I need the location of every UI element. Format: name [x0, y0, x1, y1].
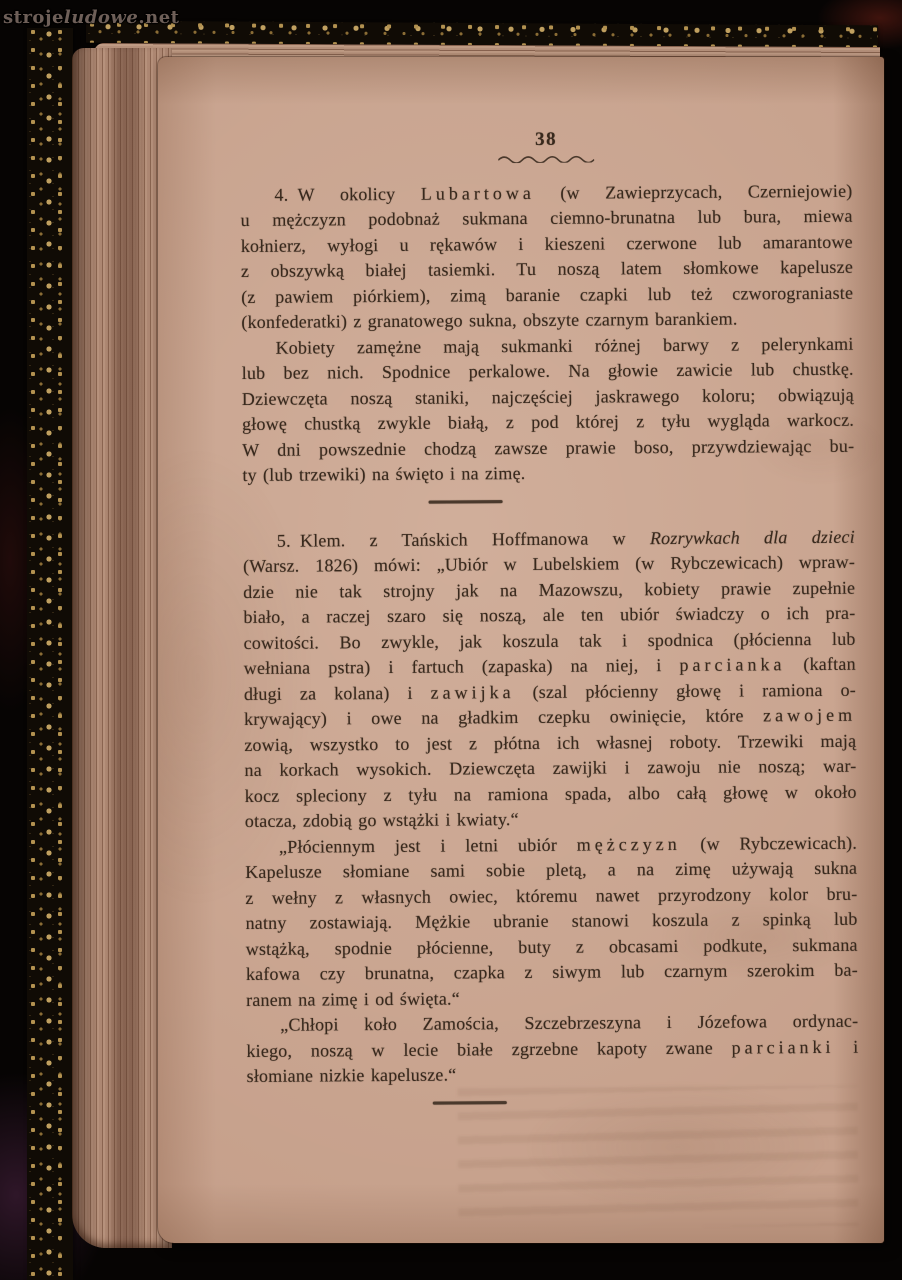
text-segment: (szal płócienny głowę i ramiona o-: [515, 679, 856, 701]
text-segment: Kobiety zamężne mają sukmanki różnej bar…: [275, 333, 853, 357]
text-line: biało, a raczej szaro się noszą, ale ten…: [243, 601, 855, 631]
letterspaced-text: zawojem: [763, 705, 856, 726]
text-segment: otacza, zdobią go wstążki i kwiaty.“: [245, 809, 519, 831]
text-line: W dni powszednie chodzą zawsze prawie bo…: [242, 433, 854, 463]
watermark-part-stroje: stroje: [3, 7, 64, 28]
text-line: natny zostawiają. Mężkie ubranie stanowi…: [245, 907, 857, 937]
page-content: 4. W okolicy Lubartowa (w Zawieprzycach,…: [240, 178, 858, 1105]
text-segment: lub bez nich. Spodnice perkalowe. Na gło…: [242, 359, 854, 383]
text-segment: Dziewczęta noszą staniki, najczęściej ja…: [242, 384, 854, 408]
text-segment: „Chłopi koło Zamościa, Szczebrzeszyna i …: [280, 1011, 858, 1035]
text-line: (z pawiem piórkiem), zimą baranie czapki…: [241, 280, 853, 310]
text-line: na korkach wysokich. Dziewczęta zawijki …: [244, 754, 856, 784]
text-segment: (Warsz. 1826) mówi: „Ubiór w Lubelskiem …: [243, 552, 855, 576]
paragraph: 4. W okolicy Lubartowa (w Zawieprzycach,…: [240, 178, 853, 335]
italic-text: Rozrywkach dla dzieci: [650, 526, 855, 547]
section-divider: [429, 500, 503, 504]
text-segment: kocz spleciony z tyłu na ramiona spada, …: [245, 781, 857, 805]
text-segment: 4. W okolicy: [274, 183, 420, 204]
text-segment: z obszywką białej tasiemki. Tu noszą lat…: [241, 257, 853, 281]
text-line: z obszywką białej tasiemki. Tu noszą lat…: [241, 255, 853, 285]
text-segment: kołnierz, wyłogi u rękawów i kieszeni cz…: [241, 231, 853, 255]
paragraph: Kobiety zamężne mają sukmanki różnej bar…: [241, 331, 854, 488]
section-divider: [433, 1101, 507, 1105]
letterspaced-text: parcianki: [731, 1036, 834, 1057]
page-number-flourish: [498, 153, 594, 163]
text-segment: Kapelusze słomiane sami sobie pletą, a n…: [245, 858, 857, 882]
text-segment: z wełny z własnych owiec, któremu nawet …: [245, 883, 857, 907]
text-line: kiego, noszą w lecie białe zgrzebne kapo…: [246, 1034, 858, 1064]
text-segment: (konfederatki) z granatowego sukna, obsz…: [241, 309, 737, 332]
text-line: ty (lub trzewiki) na święto i na zimę.: [242, 459, 854, 489]
book-page: 38 4. W okolicy Lubartowa (w Zawieprzyca…: [158, 57, 884, 1243]
text-segment: wełniana pstra) i fartuch (zapaska) na n…: [244, 655, 680, 678]
letterspaced-text: mężczyzn: [577, 833, 681, 854]
text-segment: u mężczyzn podobnaż sukmana ciemno-bruna…: [241, 206, 853, 230]
letterspaced-text: Lubartowa: [421, 182, 535, 203]
text-line: lub bez nich. Spodnice perkalowe. Na gło…: [242, 357, 854, 387]
paragraph: „Chłopi koło Zamościa, Szczebrzeszyna i …: [246, 1009, 859, 1090]
book-cover-left-edge: [27, 28, 73, 1280]
watermark: strojeludowe.net: [3, 7, 180, 28]
text-segment: cowitości. Bo zwykle, jak koszula tak i …: [244, 628, 856, 652]
text-line: u mężczyzn podobnaż sukmana ciemno-bruna…: [241, 204, 853, 234]
text-line: słomiane nizkie kapelusze.“: [247, 1060, 859, 1090]
text-line: „Chłopi koło Zamościa, Szczebrzeszyna i …: [246, 1009, 858, 1039]
text-segment: biało, a raczej szaro się noszą, ale ten…: [243, 603, 855, 627]
text-segment: natny zostawiają. Mężkie ubranie stanowi…: [245, 909, 857, 933]
text-segment: (kaftan: [785, 654, 855, 674]
text-line: krywający) i owe na gładkim czepku owini…: [244, 703, 856, 733]
text-segment: kiego, noszą w lecie białe zgrzebne kapo…: [246, 1037, 731, 1060]
watermark-part-ludowe: ludowe: [64, 7, 138, 28]
letterspaced-text: zawijka: [431, 682, 515, 703]
page-stack-left-edges: [72, 48, 172, 1248]
text-segment: wstążką, spodnie płócienne, buty z obcas…: [246, 934, 858, 958]
text-segment: W dni powszednie chodzą zawsze prawie bo…: [242, 435, 854, 459]
watermark-part-net: .net: [138, 7, 179, 28]
text-segment: 5. Klem. z Tańskich Hoffmanowa w: [277, 528, 650, 551]
text-segment: długi za kolana) i: [244, 682, 431, 703]
text-segment: (w Rybczewicach).: [681, 832, 857, 853]
text-line: kocz spleciony z tyłu na ramiona spada, …: [245, 779, 857, 809]
book-scan-photo: strojeludowe.net 38 4. W okolicy Lubarto…: [0, 0, 902, 1280]
text-segment: i: [834, 1036, 858, 1056]
text-segment: krywający) i owe na gładkim czepku owini…: [244, 705, 763, 729]
text-segment: na korkach wysokich. Dziewczęta zawijki …: [244, 756, 856, 780]
text-segment: „Płóciennym jest i letni ubiór: [279, 834, 577, 856]
text-line: kafowa czy brunatna, czapka z siwym lub …: [246, 958, 858, 988]
text-segment: zowią, wszystko to jest z płótna ich wła…: [244, 730, 856, 754]
page-text-block: 38 4. W okolicy Lubartowa (w Zawieprzyca…: [240, 125, 859, 1130]
text-line: głowę chustką zwykle białą, z pod której…: [242, 408, 854, 438]
text-segment: (w Zawieprzycach, Czerniejowie): [535, 180, 853, 202]
text-segment: (z pawiem piórkiem), zimą baranie czapki…: [241, 282, 853, 306]
text-segment: kafowa czy brunatna, czapka z siwym lub …: [246, 960, 858, 984]
text-line: wełniana pstra) i fartuch (zapaska) na n…: [244, 652, 856, 682]
text-segment: dzie nie tak strojny jak na Mazowszu, ko…: [243, 577, 855, 601]
letterspaced-text: parcianka: [679, 654, 785, 675]
paragraph: „Płóciennym jest i letni ubiór mężczyzn …: [245, 830, 858, 1013]
text-segment: ranem na zimę i od święta.“: [246, 988, 460, 1009]
text-line: (Warsz. 1826) mówi: „Ubiór w Lubelskiem …: [243, 550, 855, 580]
text-segment: słomiane nizkie kapelusze.“: [247, 1065, 457, 1086]
text-line: Kapelusze słomiane sami sobie pletą, a n…: [245, 856, 857, 886]
text-segment: ty (lub trzewiki) na święto i na zimę.: [242, 463, 525, 485]
paragraph: 5. Klem. z Tańskich Hoffmanowa w Rozrywk…: [243, 524, 857, 834]
page-number: 38: [240, 125, 852, 155]
text-segment: głowę chustką zwykle białą, z pod której…: [242, 410, 854, 434]
